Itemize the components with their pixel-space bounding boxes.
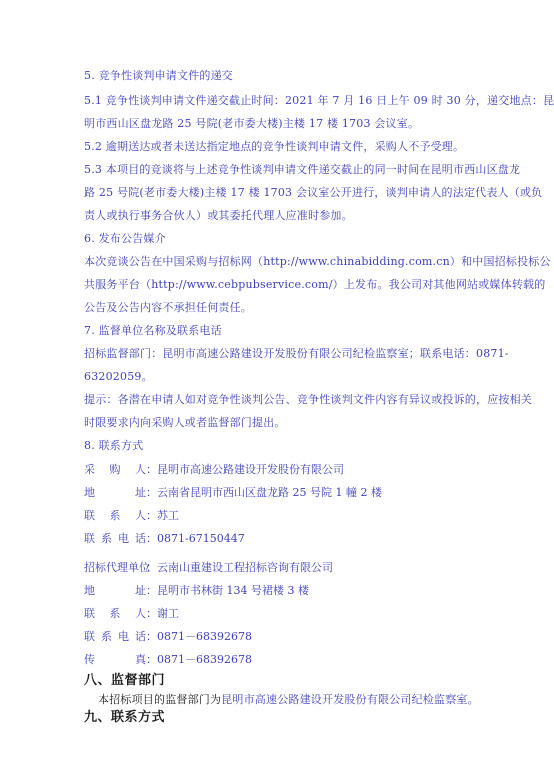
section-5-title: 5. 竞争性谈判申请文件的递交 bbox=[84, 69, 233, 83]
label-char: 电 bbox=[118, 630, 129, 644]
section-eight-heading: 八、监督部门 bbox=[84, 673, 165, 689]
label-char: 人 bbox=[135, 463, 146, 477]
label-separator: ： bbox=[146, 584, 157, 598]
label-separator: ： bbox=[146, 486, 157, 500]
label-char: 联 bbox=[84, 532, 95, 546]
label-separator: ： bbox=[146, 509, 157, 523]
purchaser-phone: 0871-67150447 bbox=[157, 532, 245, 546]
purchaser-phone-row: 联 系 电 话 ： 0871-67150447 bbox=[84, 532, 245, 546]
contact-label: 传 真 bbox=[84, 653, 146, 667]
section-7-line-1: 招标监督部门：昆明市高速公路建设开发股份有限公司纪检监察室；联系电话：0871- bbox=[84, 347, 509, 361]
document-page: 5. 竞争性谈判申请文件的递交 5.1 竞争性谈判申请文件递交截止时间：2021… bbox=[0, 0, 554, 783]
label-char: 购 bbox=[110, 463, 121, 477]
label-separator: ： bbox=[146, 630, 157, 644]
label-char: 话 bbox=[135, 630, 146, 644]
label-separator: ： bbox=[146, 653, 157, 667]
label-separator: ： bbox=[146, 561, 157, 575]
label-char: 址 bbox=[135, 486, 146, 500]
label-char: 人 bbox=[135, 509, 146, 523]
agency-contact-person-row: 联 系 人 ： 谢工 bbox=[84, 607, 179, 621]
purchaser-address-row: 地 址 ： 云南省昆明市西山区盘龙路 25 号院 1 幢 2 楼 bbox=[84, 486, 382, 500]
section-eight-body: 本招标项目的监督部门为昆明市高速公路建设开发股份有限公司纪检监察室。 bbox=[98, 693, 479, 707]
contact-label: 联 系 电 话 bbox=[84, 630, 146, 644]
section-eight-body-prefix: 本招标项目的监督部门为 bbox=[98, 693, 221, 706]
label-char: 系 bbox=[110, 509, 121, 523]
agency-phone-row: 联 系 电 话 ： 0871－68392678 bbox=[84, 630, 252, 644]
section-5-3-line-1: 5.3 本项目的竞谈将与上述竞争性谈判申请文件递交截止的同一时间在昆明市西山区盘… bbox=[84, 163, 520, 177]
label-char: 系 bbox=[101, 532, 112, 546]
section-5-1-line-1: 5.1 竞争性谈判申请文件递交截止时间：2021 年 7 月 16 日上午 09… bbox=[84, 94, 554, 108]
agency-fax: 0871－68392678 bbox=[157, 653, 252, 667]
agency-contact-person: 谢工 bbox=[157, 607, 179, 621]
section-8-title: 8. 联系方式 bbox=[84, 439, 143, 453]
label-char: 标 bbox=[95, 561, 106, 575]
label-char: 理 bbox=[117, 561, 128, 575]
label-char: 地 bbox=[84, 486, 95, 500]
section-7-tip-line-2: 时限要求内向采购人或者监督部门提出。 bbox=[84, 416, 286, 430]
contact-label: 联 系 人 bbox=[84, 509, 146, 523]
agency-address-row: 地 址 ： 昆明市书林街 134 号裙楼 3 楼 bbox=[84, 584, 309, 598]
section-5-2: 5.2 逾期送达或者未送达指定地点的竞争性谈判申请文件，采购人不予受理。 bbox=[84, 140, 464, 154]
label-char: 招 bbox=[84, 561, 95, 575]
label-char: 系 bbox=[101, 630, 112, 644]
section-5-3-line-2: 路 25 号院(老市委大楼)主楼 17 楼 1703 会议室公开进行，谈判申请人… bbox=[84, 186, 542, 200]
label-char: 电 bbox=[118, 532, 129, 546]
contact-label: 联 系 人 bbox=[84, 607, 146, 621]
agency-fax-row: 传 真 ： 0871－68392678 bbox=[84, 653, 252, 667]
label-char: 联 bbox=[84, 607, 95, 621]
section-6-line-2: 共服务平台（http://www.cebpubservice.com/）上发布。… bbox=[84, 278, 545, 292]
agency-address: 昆明市书林街 134 号裙楼 3 楼 bbox=[157, 584, 309, 598]
label-separator: ： bbox=[146, 607, 157, 621]
label-separator: ： bbox=[146, 532, 157, 546]
label-char: 联 bbox=[84, 509, 95, 523]
label-separator: ： bbox=[146, 463, 157, 477]
contact-label: 采 购 人 bbox=[84, 463, 146, 477]
agency-row: 招 标 代 理 单 位 ： 云南山重建设工程招标咨询有限公司 bbox=[84, 561, 333, 575]
section-6-title: 6. 发布公告媒介 bbox=[84, 232, 166, 246]
label-char: 传 bbox=[84, 653, 95, 667]
label-char: 真 bbox=[135, 653, 146, 667]
section-7-title: 7. 监督单位名称及联系电话 bbox=[84, 324, 222, 338]
label-char: 地 bbox=[84, 584, 95, 598]
label-char: 话 bbox=[135, 532, 146, 546]
label-char: 系 bbox=[110, 607, 121, 621]
agency-phone: 0871－68392678 bbox=[157, 630, 252, 644]
label-char: 人 bbox=[135, 607, 146, 621]
label-char: 采 bbox=[84, 463, 95, 477]
label-char: 代 bbox=[106, 561, 117, 575]
label-char: 单 bbox=[128, 561, 139, 575]
section-eight-body-suffix: 。 bbox=[468, 693, 479, 706]
purchaser-row: 采 购 人 ： 昆明市高速公路建设开发股份有限公司 bbox=[84, 463, 344, 477]
label-char: 联 bbox=[84, 630, 95, 644]
purchaser-name: 昆明市高速公路建设开发股份有限公司 bbox=[157, 463, 344, 477]
supervision-dept-name: 昆明市高速公路建设开发股份有限公司纪检监察室 bbox=[221, 693, 467, 706]
section-6-line-1: 本次竞谈公告在中国采购与招标网（http://www.chinabidding.… bbox=[84, 255, 551, 269]
purchaser-address: 云南省昆明市西山区盘龙路 25 号院 1 幢 2 楼 bbox=[157, 486, 382, 500]
section-5-1-line-2: 明市西山区盘龙路 25 号院(老市委大楼)主楼 17 楼 1703 会议室。 bbox=[84, 117, 419, 131]
purchaser-contact-person-row: 联 系 人 ： 苏工 bbox=[84, 509, 179, 523]
section-5-3-line-3: 责人或执行事务合伙人）或其委托代理人应准时参加。 bbox=[84, 209, 353, 223]
section-7-tip-line-1: 提示：各潜在申请人如对竞争性谈判公告、竞争性谈判文件内容有异议或投诉的，应按相关 bbox=[84, 393, 532, 407]
contact-label: 地 址 bbox=[84, 584, 146, 598]
agency-name: 云南山重建设工程招标咨询有限公司 bbox=[157, 561, 333, 575]
section-6-line-3: 公告及公告内容不承担任何责任。 bbox=[84, 301, 252, 315]
label-char: 址 bbox=[135, 584, 146, 598]
section-7-line-2: 63202059。 bbox=[84, 370, 153, 384]
section-nine-heading: 九、联系方式 bbox=[84, 710, 165, 726]
purchaser-contact-person: 苏工 bbox=[157, 509, 179, 523]
contact-label: 联 系 电 话 bbox=[84, 532, 146, 546]
contact-label: 招 标 代 理 单 位 bbox=[84, 561, 146, 575]
contact-label: 地 址 bbox=[84, 486, 146, 500]
